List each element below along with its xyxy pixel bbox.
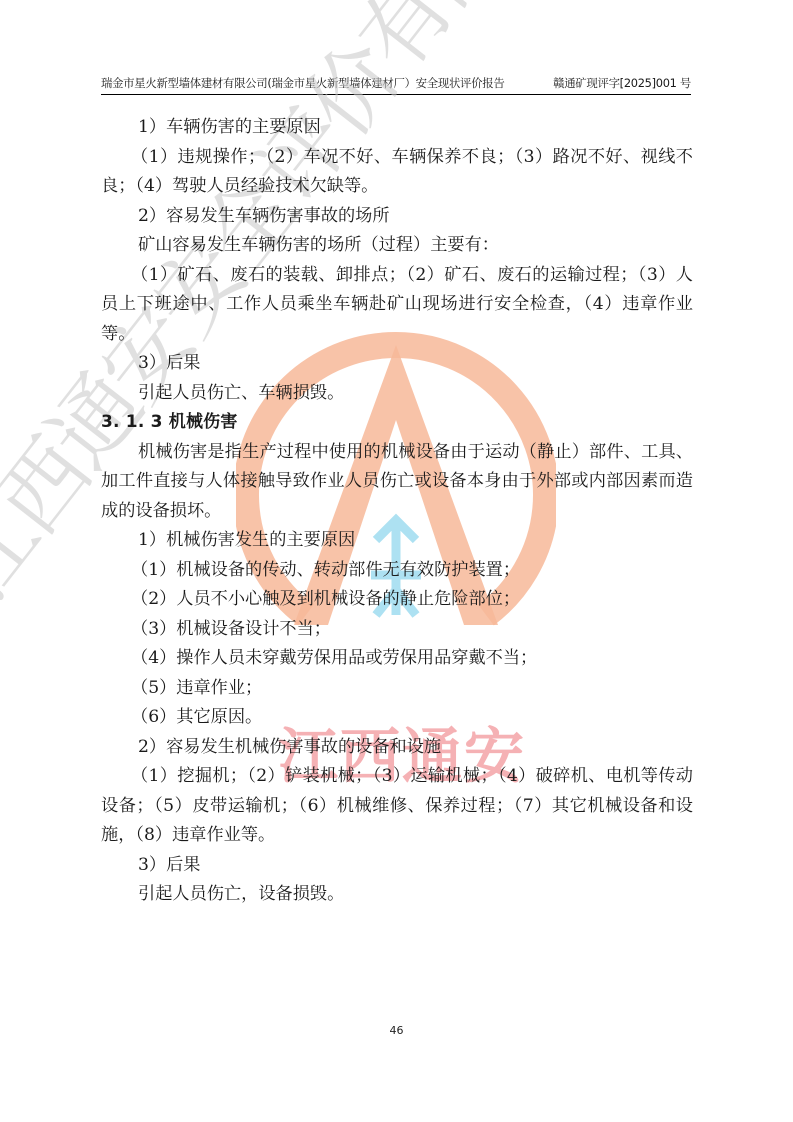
list-item-mechanical-cause: （2）人员不小心触及到机械设备的静止危险部位； bbox=[101, 585, 693, 615]
paragraph-vehicle-causes: （1）违规操作；（2）车况不好、车辆保养不良；（3）路况不好、视线不良；（4）驾… bbox=[101, 143, 693, 202]
page-number: 46 bbox=[0, 1024, 793, 1037]
paragraph-mechanical-consequence: 引起人员伤亡，设备损毁。 bbox=[101, 880, 693, 910]
subheading-vehicle-causes: 1）车辆伤害的主要原因 bbox=[101, 113, 693, 143]
document-page: 瑞金市星火新型墙体建材有限公司(瑞金市星火新型墙体建材厂）安全现状评价报告 赣通… bbox=[0, 0, 793, 1122]
subheading-vehicle-consequence: 3）后果 bbox=[101, 349, 693, 379]
paragraph-vehicle-places-intro: 矿山容易发生车辆伤害的场所（过程）主要有： bbox=[101, 231, 693, 261]
list-item-mechanical-cause: （3）机械设备设计不当； bbox=[101, 615, 693, 645]
subheading-vehicle-places: 2）容易发生车辆伤害事故的场所 bbox=[101, 202, 693, 232]
document-body: 1）车辆伤害的主要原因 （1）违规操作；（2）车况不好、车辆保养不良；（3）路况… bbox=[101, 113, 693, 910]
report-title: 瑞金市星火新型墙体建材有限公司(瑞金市星火新型墙体建材厂）安全现状评价报告 bbox=[101, 74, 504, 94]
paragraph-mechanical-equipment: （1）挖掘机；（2）铲装机械；（3）运输机械；（4）破碎机、电机等传动设备；（5… bbox=[101, 762, 693, 851]
page-header: 瑞金市星火新型墙体建材有限公司(瑞金市星火新型墙体建材厂）安全现状评价报告 赣通… bbox=[101, 74, 691, 95]
subheading-mechanical-causes: 1）机械伤害发生的主要原因 bbox=[101, 526, 693, 556]
subheading-mechanical-equipment: 2）容易发生机械伤害事故的设备和设施 bbox=[101, 733, 693, 763]
report-number: 赣通矿现评字[2025]001 号 bbox=[553, 74, 691, 94]
list-item-mechanical-cause: （5）违章作业； bbox=[101, 674, 693, 704]
paragraph-vehicle-places: （1）矿石、废石的装载、卸排点；（2）矿石、废石的运输过程；（3）人员上下班途中… bbox=[101, 261, 693, 350]
list-item-mechanical-cause: （1）机械设备的传动、转动部件无有效防护装置； bbox=[101, 556, 693, 586]
list-item-mechanical-cause: （4）操作人员未穿戴劳保用品或劳保用品穿戴不当； bbox=[101, 644, 693, 674]
paragraph-mechanical-definition: 机械伤害是指生产过程中使用的机械设备由于运动（静止）部件、工具、加工件直接与人体… bbox=[101, 438, 693, 527]
list-item-mechanical-cause: （6）其它原因。 bbox=[101, 703, 693, 733]
paragraph-vehicle-consequence: 引起人员伤亡、车辆损毁。 bbox=[101, 379, 693, 409]
section-heading-mechanical-injury: 3. 1. 3 机械伤害 bbox=[101, 408, 693, 438]
subheading-mechanical-consequence: 3）后果 bbox=[101, 851, 693, 881]
